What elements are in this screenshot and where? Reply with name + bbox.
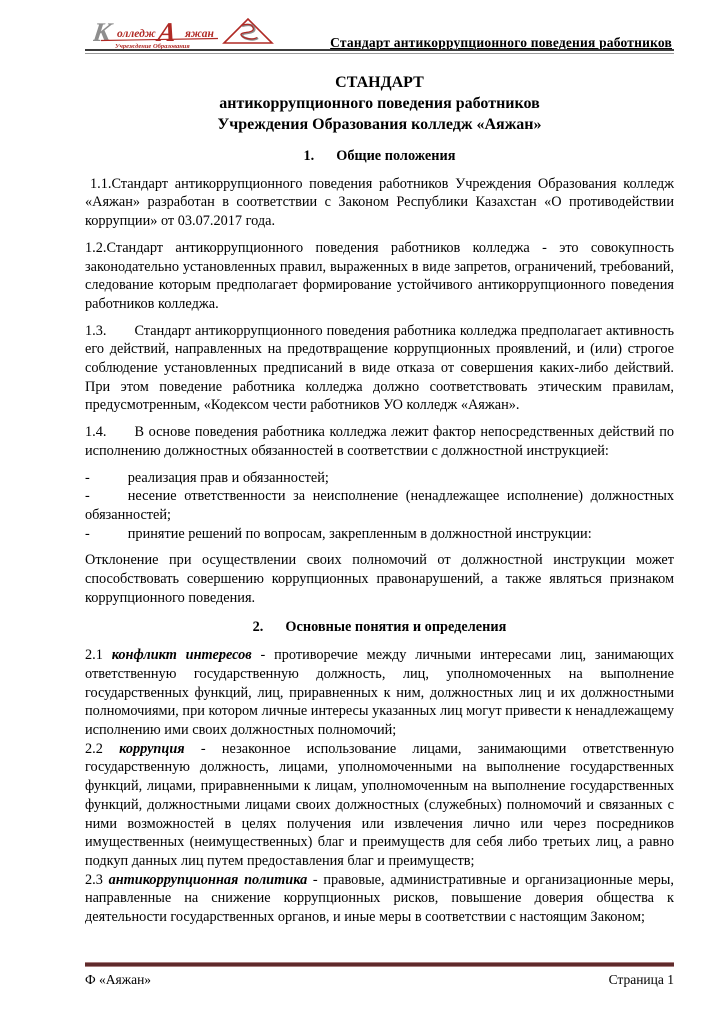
section-number: 1. xyxy=(304,148,315,164)
document-title-line2: антикоррупционного поведения работников xyxy=(85,93,674,114)
document-title-line3: Учреждения Образования колледж «Аяжан» xyxy=(85,114,674,135)
list-item-text: реализация прав и обязанностей; xyxy=(128,470,329,486)
paragraph-text: 1.3. xyxy=(85,323,106,339)
logo-graphic: К олледж А яжан Учреждение Образования xyxy=(93,12,278,54)
paragraph-text: 1.2.Стандарт антикоррупционного поведени… xyxy=(85,240,674,312)
section-title: Основные понятия и определения xyxy=(285,619,506,635)
document-title: СТАНДАРТ антикоррупционного поведения ра… xyxy=(85,72,674,135)
section-heading: 2.Основные понятия и определения xyxy=(85,618,674,637)
document-content: СТАНДАРТ антикоррупционного поведения ра… xyxy=(85,72,674,927)
logo-letter-k: К xyxy=(93,17,115,47)
paragraph-text: 2.1 xyxy=(85,647,112,663)
paragraph: 1.3.Стандарт антикоррупционного поведени… xyxy=(85,322,674,416)
paragraph-text: - незаконное использование лицами, заним… xyxy=(85,741,674,869)
document-page: К олледж А яжан Учреждение Образования С… xyxy=(0,0,724,1024)
page-footer: Ф «Аяжан» Страница 1 xyxy=(85,972,674,988)
footer-page-number: Страница 1 xyxy=(609,972,674,988)
paragraph: 1.1.Стандарт антикоррупционного поведени… xyxy=(85,175,674,231)
snake-triangle-icon xyxy=(224,19,272,43)
paragraph-text: 2.2 xyxy=(85,741,119,757)
doc-body: 1.Общие положения1.1.Стандарт антикорруп… xyxy=(85,147,674,927)
list-item: -реализация прав и обязанностей; xyxy=(85,469,674,488)
list-item-text: принятие решений по вопросам, закрепленн… xyxy=(128,526,592,542)
header-rule xyxy=(85,49,674,54)
defined-term: коррупция xyxy=(119,741,185,757)
defined-term: антикоррупционная политика xyxy=(109,872,308,888)
list-dash: - xyxy=(85,470,90,486)
paragraph: 2.3 антикоррупционная политика - правовы… xyxy=(85,871,674,927)
paragraph: 1.2.Стандарт антикоррупционного поведени… xyxy=(85,239,674,314)
paragraph-text: 2.3 xyxy=(85,872,109,888)
section-heading: 1.Общие положения xyxy=(85,147,674,166)
document-title-line1: СТАНДАРТ xyxy=(85,72,674,93)
paragraph-text: В основе поведения работника колледжа ле… xyxy=(85,424,674,459)
list-dash: - xyxy=(85,526,90,542)
paragraph-text: Стандарт антикоррупционного поведения ра… xyxy=(85,323,674,414)
list-item-text: несение ответственности за неисполнение … xyxy=(85,488,674,523)
list-item: -несение ответственности за неисполнение… xyxy=(85,487,674,524)
section-number: 2. xyxy=(253,619,264,635)
page-header: К олледж А яжан Учреждение Образования С… xyxy=(85,12,674,50)
logo-script-1: олледж xyxy=(117,28,156,40)
paragraph-text: Отклонение при осуществлении своих полно… xyxy=(85,552,674,605)
paragraph: Отклонение при осуществлении своих полно… xyxy=(85,551,674,607)
footer-rule xyxy=(85,962,674,967)
section-title: Общие положения xyxy=(336,148,455,164)
defined-term: конфликт интересов xyxy=(112,647,252,663)
paragraph: 2.1 конфликт интересов - противоречие ме… xyxy=(85,646,674,740)
paragraph: 1.4.В основе поведения работника колледж… xyxy=(85,423,674,460)
list-dash: - xyxy=(85,488,90,504)
list-item: -принятие решений по вопросам, закреплен… xyxy=(85,525,674,544)
paragraph: 2.2 коррупция - незаконное использование… xyxy=(85,740,674,871)
footer-form-code: Ф «Аяжан» xyxy=(85,972,151,988)
paragraph-text: 1.4. xyxy=(85,424,106,440)
paragraph-text: 1.1.Стандарт антикоррупционного поведени… xyxy=(85,176,674,229)
